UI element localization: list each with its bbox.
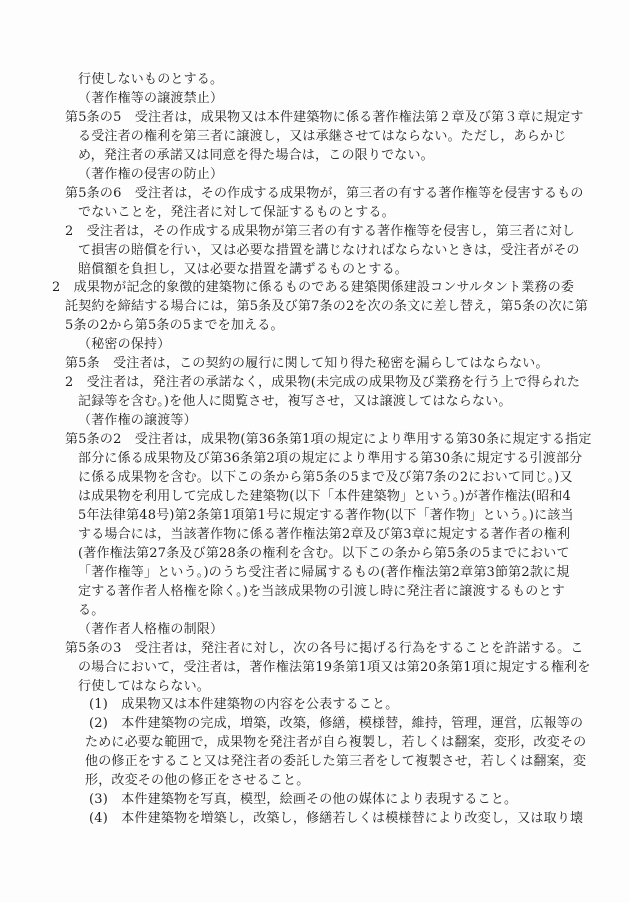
document-line: 託契約を締結する場合には，第5条及び第7条の2を次の条文に差し替え，第5条の次に… <box>52 298 602 317</box>
document-line: （著作者人格権の制限） <box>52 621 602 640</box>
document-line: は成果物を利用して完成した建築物(以下「本件建築物」という。)が著作権法(昭和4 <box>52 488 602 507</box>
document-line: ために必要な範囲で，成果物を発注者が自ら複製し，若しくは翻案，変形，改変その <box>52 734 602 753</box>
document-line: (1) 成果物又は本件建築物の内容を公表すること。 <box>52 696 602 715</box>
document-line: でないことを，発注者に対して保証するものとする。 <box>52 204 602 223</box>
document-line: 2 受注者は，発注者の承諾なく，成果物(未完成の成果物及び業務を行う上で得られた <box>52 374 602 393</box>
document-line: (著作権法第27条及び第28条の権利を含む。以下この条から第5条の5までにおいて <box>52 545 602 564</box>
document-line: 形，改変その他の修正をさせること。 <box>52 772 602 791</box>
document-line: 記録等を含む。)を他人に閲覧させ，複写させ，又は譲渡してはならない。 <box>52 393 602 412</box>
document-line: る。 <box>52 602 602 621</box>
document-body: 行使しないものとする。（著作権等の譲渡禁止）第5条の5 受注者は，成果物又は本件… <box>52 71 602 829</box>
document-page: 行使しないものとする。（著作権等の譲渡禁止）第5条の5 受注者は，成果物又は本件… <box>0 0 630 903</box>
document-line: 行使しないものとする。 <box>52 71 602 90</box>
document-line: （著作権の譲渡等） <box>52 412 602 431</box>
document-line: 定する著作者人格権を除く。)を当該成果物の引渡し時に発注者に譲渡するものとす <box>52 583 602 602</box>
document-line: (2) 本件建築物の完成，増築，改築，修繕，模様替，維持，管理，運営，広報等の <box>52 715 602 734</box>
document-line: 2 成果物が記念的象徴的建築物に係るものである建築関係建設コンサルタント業務の委 <box>52 279 602 298</box>
document-line: 第5条の5 受注者は，成果物又は本件建築物に係る著作権法第２章及び第３章に規定す <box>52 109 602 128</box>
document-line: 「著作権等」という。)のうち受注者に帰属するもの(著作権法第2章第3節第2款に規 <box>52 564 602 583</box>
document-line: 他の修正をすること又は発注者の委託した第三者をして複製させ，若しくは翻案，変 <box>52 753 602 772</box>
document-line: (4) 本件建築物を増築し，改築し，修繕若しくは模様替により改変し，又は取り壊 <box>52 810 602 829</box>
document-line: 賠償額を負担し，又は必要な措置を講ずるものとする。 <box>52 261 602 280</box>
document-line: 5条の2から第5条の5までを加える。 <box>52 317 602 336</box>
document-line: め，発注者の承諾又は同意を得た場合は，この限りでない。 <box>52 147 602 166</box>
document-line: （著作権等の譲渡禁止） <box>52 90 602 109</box>
document-line: て損害の賠償を行い，又は必要な措置を講じなければならないときは，受注者がその <box>52 242 602 261</box>
document-line: る受注者の権利を第三者に譲渡し，又は承継させてはならない。ただし，あらかじ <box>52 128 602 147</box>
document-line: 第5条の3 受注者は，発注者に対し，次の各号に掲げる行為をすることを許諾する。こ <box>52 640 602 659</box>
document-line: の場合において，受注者は，著作権法第19条第1項又は第20条第1項に規定する権利… <box>52 659 602 678</box>
document-line: 部分に係る成果物及び第36条第2項の規定により準用する第30条に規定する引渡部分 <box>52 450 602 469</box>
document-line: する場合には，当該著作物に係る著作権法第2章及び第3章に規定する著作者の権利 <box>52 526 602 545</box>
document-line: 5年法律第48号)第2条第1項第1号に規定する著作物(以下「著作物」という。)に… <box>52 507 602 526</box>
document-line: 2 受注者は，その作成する成果物が第三者の有する著作権等を侵害し，第三者に対し <box>52 223 602 242</box>
document-line: 第5条 受注者は，この契約の履行に関して知り得た秘密を漏らしてはならない。 <box>52 355 602 374</box>
document-line: 第5条の2 受注者は，成果物(第36条第1項の規定により準用する第30条に規定す… <box>52 431 602 450</box>
document-line: （著作権の侵害の防止） <box>52 166 602 185</box>
document-line: 行使してはならない。 <box>52 678 602 697</box>
document-line: に係る成果物を含む。以下この条から第5条の5まで及び第7条の2において同じ。)又 <box>52 469 602 488</box>
document-line: （秘密の保持） <box>52 336 602 355</box>
document-line: 第5条の6 受注者は，その作成する成果物が，第三者の有する著作権等を侵害するもの <box>52 185 602 204</box>
document-line: (3) 本件建築物を写真，模型，絵画その他の媒体により表現すること。 <box>52 791 602 810</box>
